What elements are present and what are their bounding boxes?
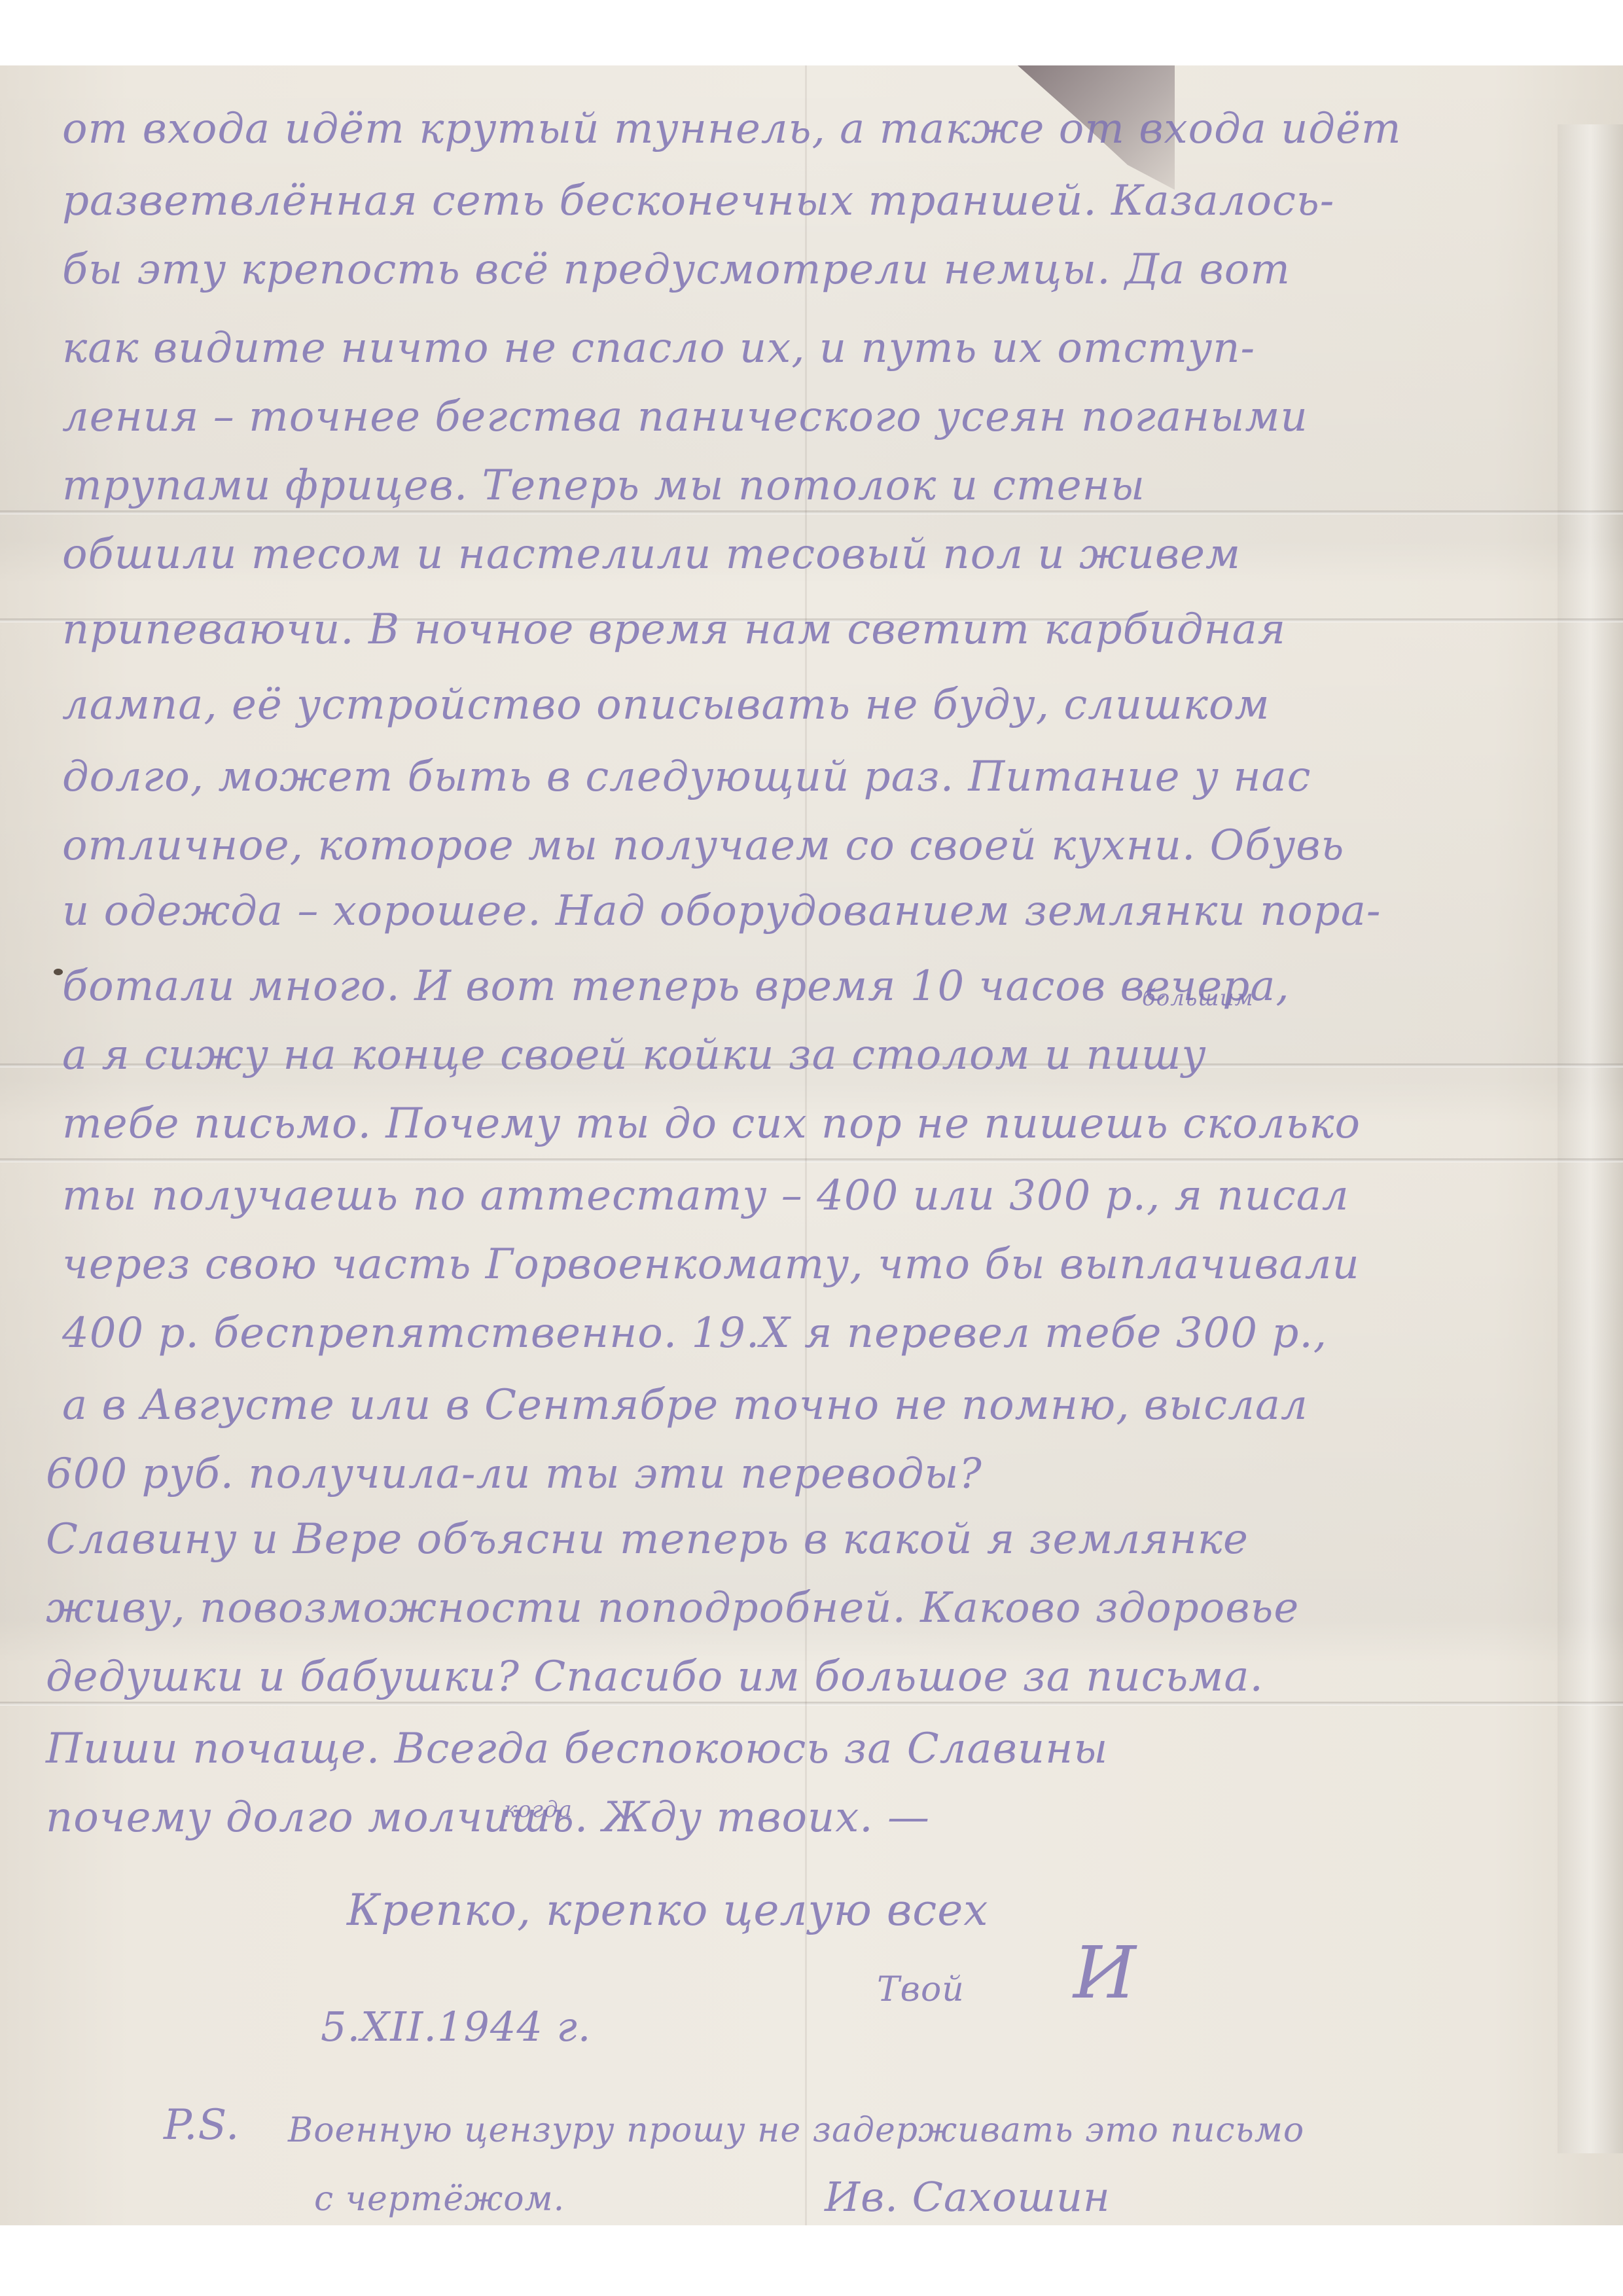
letter-line: тебе письмо. Почему ты до сих пор не пиш… [62, 1100, 1361, 1148]
postscript-label: P.S. [164, 2101, 240, 2149]
signature-prefix: Твой [877, 1970, 965, 2009]
letter-line: 600 руб. получила-ли ты эти переводы? [46, 1450, 982, 1498]
letter-line: и одежда – хорошее. Над оборудованием зе… [62, 887, 1382, 935]
letter-line: 400 р. беспрепятственно. 19.X я перевел … [62, 1309, 1327, 1357]
letter-line: а в Августе или в Сентябре точно не помн… [62, 1381, 1308, 1429]
letter-line: ты получаешь по аттестату – 400 или 300 … [62, 1172, 1349, 1220]
letter-line: живу, повозможности поподробней. Каково … [46, 1584, 1299, 1632]
postscript-line-1: Военную цензуру прошу не задерживать это… [288, 2111, 1304, 2150]
insertion-bolshim: большим [1142, 985, 1254, 1011]
letter-line: а я сижу на конце своей койки за столом … [62, 1031, 1207, 1079]
letter-line: припеваючи. В ночное время нам светит ка… [62, 605, 1286, 654]
fold-crease [0, 1158, 1623, 1162]
letter-line: от входа идёт крутый туннель, а также от… [62, 105, 1402, 153]
signature-mark: И [1073, 1931, 1137, 2015]
letter-date: 5.XII.1944 г. [321, 2003, 592, 2051]
closing-line: Крепко, крепко целую всех [347, 1885, 989, 1935]
letter-line: Славину и Вере объясни теперь в какой я … [46, 1515, 1249, 1564]
ink-spot [54, 969, 63, 975]
letter-line: разветвлённая сеть бесконечных траншей. … [62, 177, 1334, 225]
letter-line: отличное, которое мы получаем со своей к… [62, 821, 1344, 870]
letter-line: ления – точнее бегства панического усеян… [62, 393, 1308, 441]
letter-line: долго, может быть в следующий раз. Питан… [62, 753, 1311, 801]
letter-line: Пиши почаще. Всегда беспокоюсь за Славин… [46, 1725, 1108, 1773]
letter-line: обшили тесом и настелили тесовый пол и ж… [62, 530, 1241, 579]
letter-line: трупами фрицев. Теперь мы потолок и стен… [62, 461, 1145, 510]
letter-line: ботали много. И вот теперь время 10 часо… [62, 962, 1290, 1011]
letter-line: бы эту крепость всё предусмотрели немцы.… [62, 245, 1291, 294]
letter-line: как видите ничто не спасло их, и путь их… [62, 324, 1255, 372]
insertion-kogda: когда [504, 1797, 573, 1823]
letter-line: почему долго молчишь. Жду твоих. — [46, 1793, 930, 1842]
letter-line: дедушки и бабушки? Спасибо им большое за… [46, 1653, 1264, 1701]
fold-crease [0, 1702, 1623, 1706]
crumpled-edge [1558, 124, 1623, 2153]
fold-crease [0, 511, 1623, 514]
postscript-line-2: с чертёжом. [314, 2179, 565, 2219]
letter-line: через свою часть Горвоенкомату, что бы в… [62, 1240, 1360, 1289]
postscript-signature: Ив. Сахошин [825, 2173, 1111, 2221]
letter-line: лампа, её устройство описывать не буду, … [62, 681, 1270, 729]
